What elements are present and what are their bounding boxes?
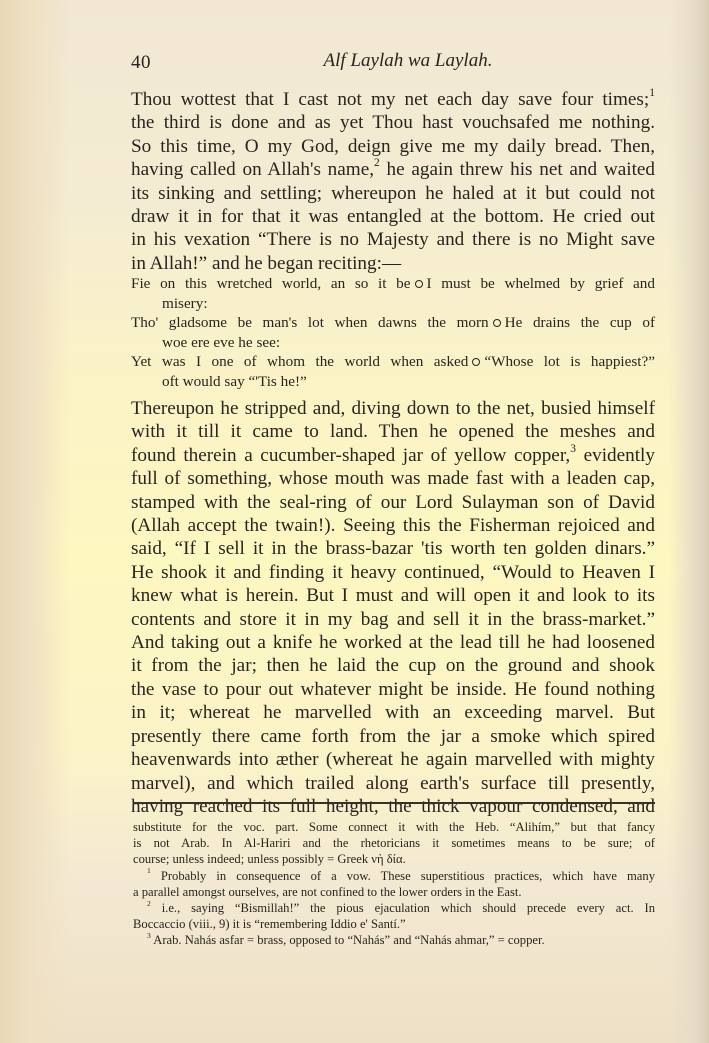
text-line: having reached its full height, the thic… (131, 795, 655, 818)
book-page: 40 Alf Laylah wa Laylah. Thou wottest th… (0, 0, 709, 1043)
caesura-circle-icon (472, 358, 480, 366)
text-line: He shook it and finding it heavy continu… (131, 561, 655, 584)
text-line: contents and store it in my bag and sell… (131, 608, 655, 631)
text-line: said, “If I sell it in the brass-bazar '… (131, 537, 655, 560)
text-line: stamped with the seal-ring of our Lord S… (131, 491, 655, 514)
footnote-1: 1 Probably in consequence of a vow. Thes… (133, 868, 655, 900)
verse-couplet: Tho' gladsome be man's lot when dawns th… (131, 313, 655, 352)
text-line: with it till it came to land. Then he op… (131, 420, 655, 443)
footnote-ref: 2 (374, 157, 380, 169)
verse-couplet: Fie on this wretched world, an so it beI… (131, 274, 655, 313)
footnote-marker: 1 (147, 866, 151, 875)
paragraph-1: Thou wottest that I cast not my net each… (131, 88, 655, 275)
footnote-3: 3 Arab. Nahás asfar = brass, opposed to … (133, 932, 655, 948)
verse-couplet: Yet was I one of whom the world when ask… (131, 352, 655, 391)
text-line: presently there came forth from the jar … (131, 725, 655, 748)
footnotes: substitute for the voc. part. Some conne… (133, 819, 655, 949)
footnote-marker: 2 (147, 899, 151, 908)
footnote-divider (133, 802, 655, 804)
text-line: heavenwards into æther (whereat he again… (131, 748, 655, 771)
footnote-marker: 3 (147, 931, 151, 940)
text-line: in Allah!” and he began reciting:— (131, 252, 655, 275)
running-title: Alf Laylah wa Laylah. (131, 50, 655, 72)
text-line: (Allah accept the twain!). Seeing this t… (131, 514, 655, 537)
text-line: it from the jar; then he laid the cup on… (131, 654, 655, 677)
text-line: draw it in for that it was entangled at … (131, 205, 655, 228)
caesura-circle-icon (493, 319, 501, 327)
text-line: the third is done and as yet Thou hast v… (131, 111, 655, 134)
caesura-circle-icon (415, 280, 423, 288)
footnote-ref: 3 (570, 443, 576, 455)
paragraph-2: Thereupon he stripped and, diving down t… (131, 397, 655, 818)
footnote-2: 2 i.e., saying “Bismillah!” the pious ej… (133, 900, 655, 932)
text-line: And taking out a knife he worked at the … (131, 631, 655, 654)
text-line: its sinking and settling; whereupon he h… (131, 182, 655, 205)
verse-block: Fie on this wretched world, an so it beI… (131, 274, 655, 391)
page-header: 40 Alf Laylah wa Laylah. (131, 50, 655, 76)
text-line: marvel), and which trailed along earth's… (131, 772, 655, 795)
footnote-continuation: substitute for the voc. part. Some conne… (133, 819, 655, 868)
text-line: in it; whereat he marvelled with an exce… (131, 701, 655, 724)
text-line: the vase to pour out whatever might be i… (131, 678, 655, 701)
text-line: Thereupon he stripped and, diving down t… (131, 397, 655, 420)
footnote-ref: 1 (649, 87, 655, 99)
text-line: knew what is herein. But I must and will… (131, 584, 655, 607)
text-line: full of something, whose mouth was made … (131, 467, 655, 490)
text-line: in his vexation “There is no Majesty and… (131, 228, 655, 251)
text-line: having called on Allah's name,2 he again… (131, 158, 655, 181)
text-line: So this time, O my God, deign give me my… (131, 135, 655, 158)
text-line: found therein a cucumber-shaped jar of y… (131, 444, 655, 467)
text-line: Thou wottest that I cast not my net each… (131, 88, 655, 111)
